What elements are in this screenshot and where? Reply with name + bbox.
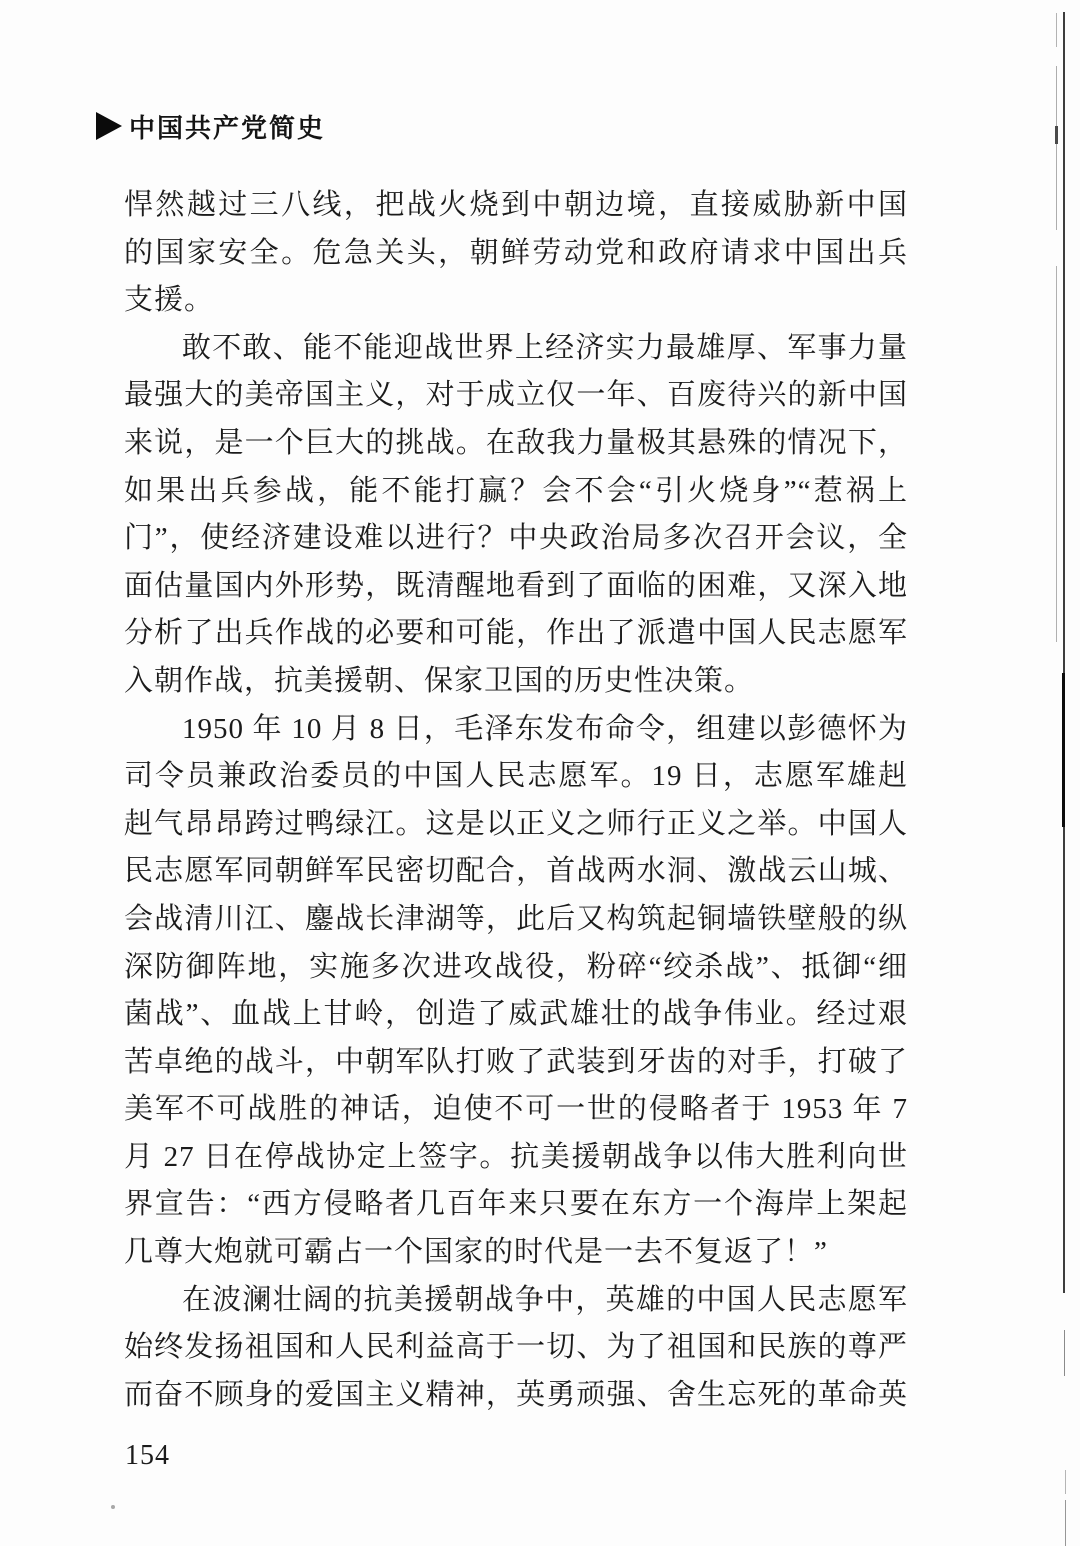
page-edge-line bbox=[1063, 12, 1065, 1293]
text-line: 如果出兵参战，能不能打赢？会不会“引火烧身”“惹祸上 bbox=[124, 468, 908, 516]
text-line: 民志愿军同朝鲜军民密切配合，首战两水洞、激战云山城、 bbox=[124, 848, 908, 896]
text-line: 始终发扬祖国和人民利益高于一切、为了祖国和民族的尊严 bbox=[124, 1324, 908, 1372]
page-edge-line-fragment bbox=[1055, 126, 1058, 144]
running-header: 中国共产党简史 bbox=[96, 111, 325, 141]
page-edge-line-thick bbox=[1062, 673, 1065, 827]
text-line: 敢不敢、能不能迎战世界上经济实力最雄厚、军事力量 bbox=[124, 325, 908, 373]
text-line: 苦卓绝的战斗，中朝军队打败了武装到牙齿的对手，打破了 bbox=[124, 1039, 908, 1087]
text-line: 门”，使经济建设难以进行？中央政治局多次召开会议，全 bbox=[124, 515, 908, 563]
text-line: 在波澜壮阔的抗美援朝战争中，英雄的中国人民志愿军 bbox=[124, 1277, 908, 1325]
text-line: 支援。 bbox=[124, 277, 908, 325]
text-line: 赳气昂昂跨过鸭绿江。这是以正义之师行正义之举。中国人 bbox=[124, 801, 908, 849]
page-number: 154 bbox=[125, 1440, 170, 1472]
text-line: 面估量国内外形势，既清醒地看到了面临的困难，又深入地 bbox=[124, 563, 908, 611]
text-line: 1950 年 10 月 8 日，毛泽东发布命令，组建以彭德怀为 bbox=[124, 706, 908, 754]
text-line: 入朝作战，抗美援朝、保家卫国的历史性决策。 bbox=[124, 658, 908, 706]
text-line: 深防御阵地，实施多次进攻战役，粉碎“绞杀战”、抵御“细 bbox=[124, 944, 908, 992]
book-title: 中国共产党简史 bbox=[129, 108, 325, 145]
text-line: 美军不可战胜的神话，迫使不可一世的侵略者于 1953 年 7 bbox=[124, 1086, 908, 1134]
page-edge-line-fragment bbox=[1056, 13, 1057, 47]
stray-ink-dot bbox=[111, 1505, 115, 1509]
text-line: 悍然越过三八线，把战火烧到中朝边境，直接威胁新中国 bbox=[124, 182, 908, 230]
text-line: 月 27 日在停战协定上签字。抗美援朝战争以伟大胜利向世 bbox=[124, 1134, 908, 1182]
text-line: 几尊大炮就可霸占一个国家的时代是一去不复返了！” bbox=[124, 1229, 908, 1277]
text-line: 来说，是一个巨大的挑战。在敌我力量极其悬殊的情况下， bbox=[124, 420, 908, 468]
right-triangle-icon bbox=[96, 112, 122, 140]
text-line: 分析了出兵作战的必要和可能，作出了派遣中国人民志愿军 bbox=[124, 610, 908, 658]
book-page: 中国共产党简史 悍然越过三八线，把战火烧到中朝边境，直接威胁新中国的国家安全。危… bbox=[0, 0, 1080, 1546]
page-edge-line-fragment bbox=[1064, 1330, 1065, 1376]
text-line: 菌战”、血战上甘岭，创造了威武雄壮的战争伟业。经过艰 bbox=[124, 991, 908, 1039]
text-line: 会战清川江、鏖战长津湖等，此后又构筑起铜墙铁壁般的纵 bbox=[124, 896, 908, 944]
page-edge-line-fragment bbox=[1056, 266, 1057, 642]
text-line: 而奋不顾身的爱国主义精神，英勇顽强、舍生忘死的革命英 bbox=[124, 1372, 908, 1420]
text-line: 司令员兼政治委员的中国人民志愿军。19 日，志愿军雄赳 bbox=[124, 753, 908, 801]
text-line: 的国家安全。危急关头，朝鲜劳动党和政府请求中国出兵 bbox=[124, 230, 908, 278]
text-line: 界宣告：“西方侵略者几百年来只要在东方一个海岸上架起 bbox=[124, 1181, 908, 1229]
page-body-text: 悍然越过三八线，把战火烧到中朝边境，直接威胁新中国的国家安全。危急关头，朝鲜劳动… bbox=[124, 182, 908, 1419]
page-edge-line-fragment bbox=[1065, 1470, 1066, 1494]
page-edge-line-fragment bbox=[1065, 1500, 1066, 1546]
page-edge-line-fragment bbox=[1056, 66, 1057, 230]
text-line: 最强大的美帝国主义，对于成立仅一年、百废待兴的新中国 bbox=[124, 372, 908, 420]
